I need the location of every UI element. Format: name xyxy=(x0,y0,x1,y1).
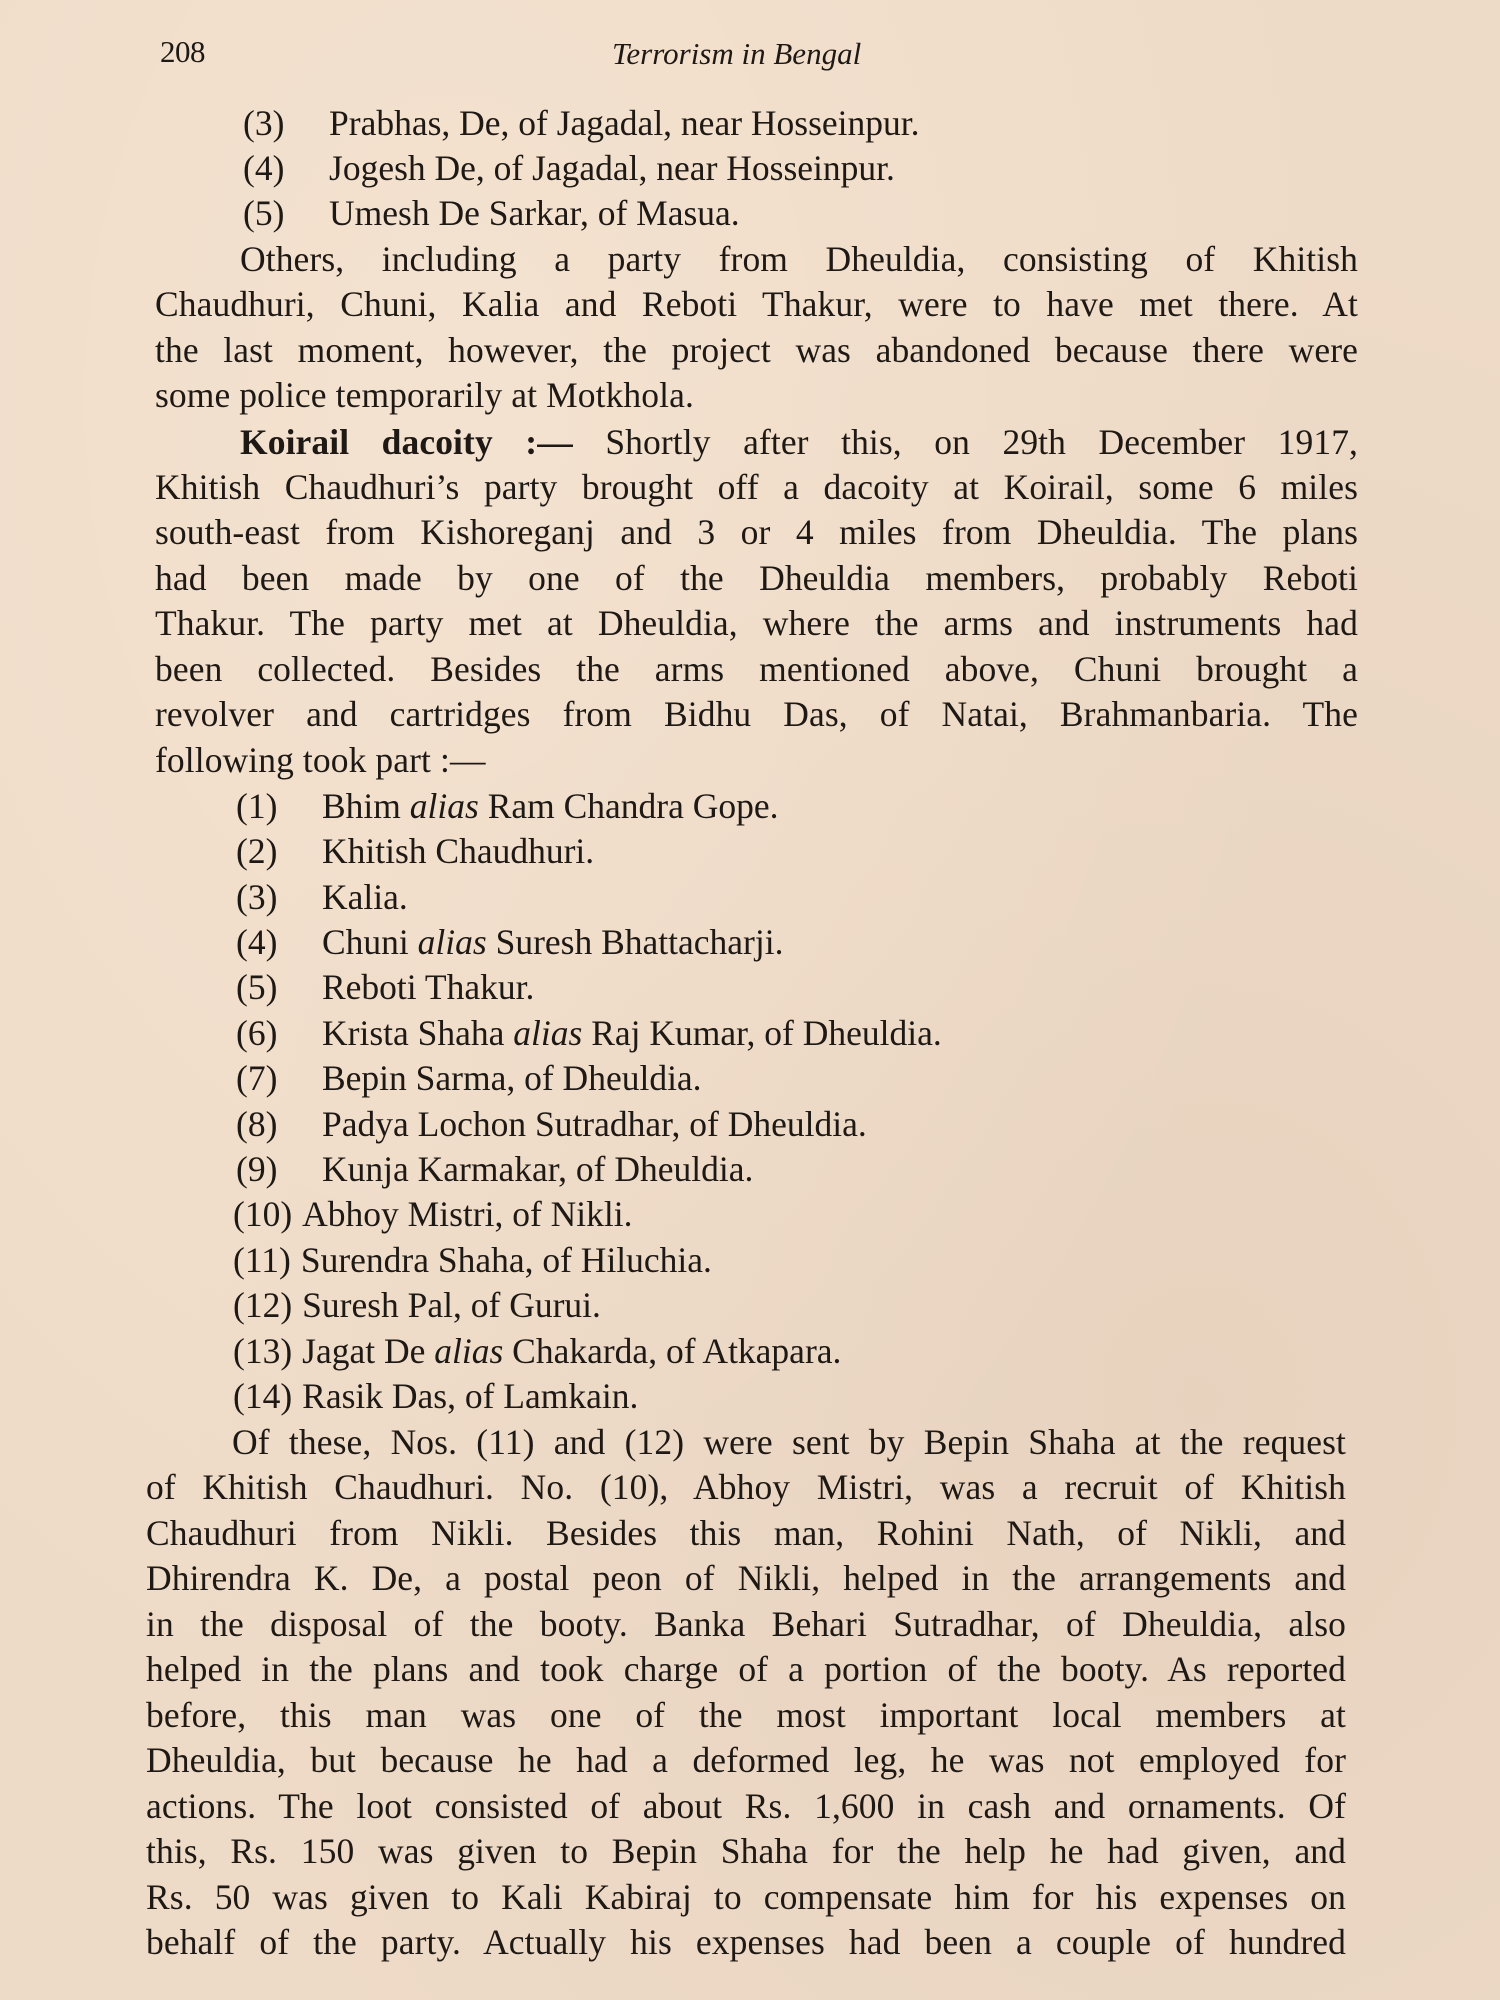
participant-name: Krista Shaha xyxy=(322,1013,513,1053)
list-number: (13) xyxy=(233,1329,292,1374)
list-number: (7) xyxy=(236,1056,322,1101)
list-number: (12) xyxy=(233,1283,292,1328)
participant-name: Padya Lochon Sutradhar, of Dheuldia. xyxy=(322,1104,867,1144)
paragraph-line: before, this man was one of the most imp… xyxy=(146,1693,1346,1738)
list-number: (3) xyxy=(243,101,329,146)
participant-name: Suresh Bhattacharji. xyxy=(487,922,784,962)
participant-name: Chakarda, of Atkapara. xyxy=(503,1331,841,1371)
paragraph-line: Others, including a party from Dheuldia,… xyxy=(240,237,1358,282)
participant-name: Khitish Chaudhuri. xyxy=(322,831,594,871)
list-number: (4) xyxy=(236,920,322,965)
paragraph-line: Chaudhuri, Chuni, Kalia and Reboti Thaku… xyxy=(155,282,1358,327)
participant-name: Kalia. xyxy=(322,877,408,917)
participant-item: (9)Kunja Karmakar, of Dheuldia. xyxy=(236,1147,753,1192)
participant-item: (11)Surendra Shaha, of Hiluchia. xyxy=(233,1238,712,1283)
participant-item: (8)Padya Lochon Sutradhar, of Dheuldia. xyxy=(236,1102,867,1147)
alias-marker: alias xyxy=(410,786,479,826)
participant-item: (14)Rasik Das, of Lamkain. xyxy=(233,1374,638,1419)
participant-item: (12)Suresh Pal, of Gurui. xyxy=(233,1283,601,1328)
participant-name: Suresh Pal, of Gurui. xyxy=(302,1285,601,1325)
book-title: Terrorism in Bengal xyxy=(612,36,861,72)
paragraph-line: Dheuldia, but because he had a deformed … xyxy=(146,1738,1346,1783)
list-number: (5) xyxy=(236,965,322,1010)
list-text: Prabhas, De, of Jagadal, near Hosseinpur… xyxy=(329,103,920,143)
list-text: Umesh De Sarkar, of Masua. xyxy=(329,193,740,233)
paragraph-line: the last moment, however, the project wa… xyxy=(155,328,1358,373)
participant-item: (1)Bhim alias Ram Chandra Gope. xyxy=(236,784,779,829)
participant-name: Bhim xyxy=(322,786,410,826)
participant-name: Ram Chandra Gope. xyxy=(479,786,779,826)
list-number: (6) xyxy=(236,1011,322,1056)
participant-name: Chuni xyxy=(322,922,418,962)
list-number: (2) xyxy=(236,829,322,874)
paragraph-line: this, Rs. 150 was given to Bepin Shaha f… xyxy=(146,1829,1346,1874)
paragraph-line: Koirail dacoity :— Shortly after this, o… xyxy=(240,420,1358,465)
participant-item: (3)Kalia. xyxy=(236,875,408,920)
paragraph-line: had been made by one of the Dheuldia mem… xyxy=(155,556,1358,601)
paragraph-line: Chaudhuri from Nikli. Besides this man, … xyxy=(146,1511,1346,1556)
paragraph-line: been collected. Besides the arms mention… xyxy=(155,647,1358,692)
list-number: (5) xyxy=(243,191,329,236)
paragraph-line: of Khitish Chaudhuri. No. (10), Abhoy Mi… xyxy=(146,1465,1346,1510)
running-head: 208 Terrorism in Bengal xyxy=(160,34,1360,74)
participant-name: Rasik Das, of Lamkain. xyxy=(302,1376,638,1416)
list-item: (4)Jogesh De, of Jagadal, near Hosseinpu… xyxy=(243,146,895,191)
paragraph-line: some police temporarily at Motkhola. xyxy=(155,373,694,418)
paragraph-line: following took part :— xyxy=(155,738,486,783)
participant-item: (5)Reboti Thakur. xyxy=(236,965,534,1010)
paragraph-line: Of these, Nos. (11) and (12) were sent b… xyxy=(232,1420,1346,1465)
participant-name: Surendra Shaha, of Hiluchia. xyxy=(301,1240,712,1280)
participant-item: (13)Jagat De alias Chakarda, of Atkapara… xyxy=(233,1329,841,1374)
participant-name: Kunja Karmakar, of Dheuldia. xyxy=(322,1149,753,1189)
participant-name: Bepin Sarma, of Dheuldia. xyxy=(322,1058,702,1098)
paragraph-line: in the disposal of the booty. Banka Beha… xyxy=(146,1602,1346,1647)
paragraph-line: Khitish Chaudhuri’s party brought off a … xyxy=(155,465,1358,510)
paragraph-line: Dhirendra K. De, a postal peon of Nikli,… xyxy=(146,1556,1346,1601)
list-number: (10) xyxy=(233,1192,292,1237)
paragraph-line: revolver and cartridges from Bidhu Das, … xyxy=(155,692,1358,737)
list-text: Jogesh De, of Jagadal, near Hosseinpur. xyxy=(329,148,895,188)
paragraph-line: south-east from Kishoreganj and 3 or 4 m… xyxy=(155,510,1358,555)
participant-item: (6)Krista Shaha alias Raj Kumar, of Dheu… xyxy=(236,1011,942,1056)
paragraph-line: actions. The loot consisted of about Rs.… xyxy=(146,1784,1346,1829)
list-number: (1) xyxy=(236,784,322,829)
alias-marker: alias xyxy=(513,1013,582,1053)
book-page: 208 Terrorism in Bengal (3)Prabhas, De, … xyxy=(0,0,1500,2000)
participant-item: (7)Bepin Sarma, of Dheuldia. xyxy=(236,1056,702,1101)
paragraph-line: Thakur. The party met at Dheuldia, where… xyxy=(155,601,1358,646)
alias-marker: alias xyxy=(418,922,487,962)
list-number: (4) xyxy=(243,146,329,191)
section-run-in-heading: Koirail dacoity :— xyxy=(240,422,573,462)
page-number: 208 xyxy=(160,34,205,70)
paragraph-line: helped in the plans and took charge of a… xyxy=(146,1647,1346,1692)
participant-name: Abhoy Mistri, of Nikli. xyxy=(302,1194,632,1234)
paragraph-line: behalf of the party. Actually his expens… xyxy=(146,1920,1346,1965)
participant-name: Reboti Thakur. xyxy=(322,967,534,1007)
list-number: (3) xyxy=(236,875,322,920)
alias-marker: alias xyxy=(434,1331,503,1371)
paragraph-text: Shortly after this, on 29th December 191… xyxy=(605,422,1358,462)
paragraph-line: Rs. 50 was given to Kali Kabiraj to comp… xyxy=(146,1875,1346,1920)
participant-item: (10)Abhoy Mistri, of Nikli. xyxy=(233,1192,633,1237)
participant-item: (2)Khitish Chaudhuri. xyxy=(236,829,594,874)
list-number: (11) xyxy=(233,1238,291,1283)
list-number: (8) xyxy=(236,1102,322,1147)
participant-name: Raj Kumar, of Dheuldia. xyxy=(582,1013,941,1053)
list-number: (9) xyxy=(236,1147,322,1192)
list-item: (3)Prabhas, De, of Jagadal, near Hossein… xyxy=(243,101,920,146)
participant-item: (4)Chuni alias Suresh Bhattacharji. xyxy=(236,920,783,965)
list-item: (5)Umesh De Sarkar, of Masua. xyxy=(243,191,740,236)
participant-name: Jagat De xyxy=(302,1331,434,1371)
list-number: (14) xyxy=(233,1374,292,1419)
